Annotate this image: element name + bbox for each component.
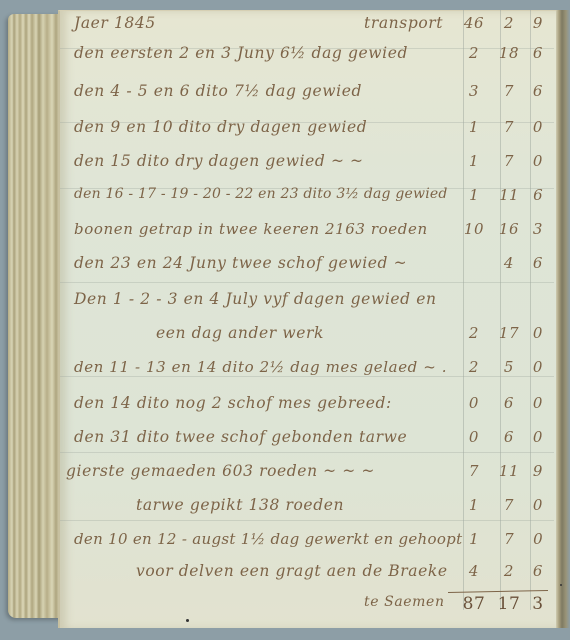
entry-gulden: 2 [456, 324, 492, 342]
entry-penningen: 0 [526, 530, 550, 548]
entry-gulden: 1 [456, 186, 492, 204]
ledger-entry: boonen getrap in twee keeren 2163 roeden… [74, 220, 544, 250]
total-gulden: 87 [456, 594, 492, 614]
ledger-entry: tarwe gepikt 138 roeden 1 7 0 [74, 496, 544, 526]
total-row: te Saemen 87 17 3 [74, 594, 544, 624]
entry-penningen: 0 [526, 428, 550, 446]
entry-description: Den 1 - 2 - 3 en 4 July vyf dagen gewied… [74, 290, 437, 308]
entry-description: den 23 en 24 Juny twee schof gewied ~ [74, 254, 407, 272]
entry-penningen: 0 [526, 394, 550, 412]
entry-gulden: 1 [456, 530, 492, 548]
total-stuivers: 17 [494, 594, 524, 614]
entry-stuivers: 2 [494, 562, 524, 580]
entry-penningen: 3 [526, 220, 550, 238]
entry-penningen: 6 [526, 254, 550, 272]
entry-gulden: 2 [456, 358, 492, 376]
entry-penningen: 6 [526, 186, 550, 204]
entry-stuivers: 7 [494, 118, 524, 136]
total-label: te Saemen [364, 594, 445, 610]
ledger-entry: den 14 dito nog 2 schof mes gebreed: 0 6… [74, 394, 544, 424]
entry-stuivers: 7 [494, 152, 524, 170]
entry-stuivers: 16 [494, 220, 524, 238]
entry-stuivers: 18 [494, 44, 524, 62]
ledger-entry: den 11 - 13 en 14 dito 2½ dag mes gelaed… [74, 358, 544, 388]
entry-gulden: 3 [456, 82, 492, 100]
entry-description: den 31 dito twee schof gebonden tarwe [74, 428, 407, 446]
transport-label: transport [364, 14, 443, 32]
transport-penningen: 9 [526, 14, 550, 32]
entry-description: den 4 - 5 en 6 dito 7½ dag gewied [74, 82, 362, 100]
entry-stuivers: 11 [494, 186, 524, 204]
entry-description: den 14 dito nog 2 schof mes gebreed: [74, 394, 392, 412]
entry-stuivers: 7 [494, 496, 524, 514]
entry-penningen: 0 [526, 324, 550, 342]
heading-row: Jaer 1845 transport 46 2 9 [74, 14, 544, 44]
entry-stuivers: 5 [494, 358, 524, 376]
entry-stuivers: 11 [494, 462, 524, 480]
ledger-entry: voor delven een gragt aen de Braeke 4 2 … [74, 562, 544, 592]
background-bottom [40, 628, 570, 640]
entry-description: den 9 en 10 dito dry dagen gewied [74, 118, 367, 136]
entry-description: den 16 - 17 - 19 - 20 - 22 en 23 dito 3½… [74, 186, 448, 202]
ledger-entry: den 4 - 5 en 6 dito 7½ dag gewied 3 7 6 [74, 82, 544, 112]
entry-gulden: 4 [456, 562, 492, 580]
ink-speck [560, 584, 562, 586]
transport-gulden: 46 [456, 14, 492, 32]
book-spine-edge [556, 10, 570, 628]
entry-stuivers: 6 [494, 394, 524, 412]
ledger-entry: gierste gemaeden 603 roeden ~ ~ ~ 7 11 9 [66, 462, 536, 492]
entry-gulden: 2 [456, 44, 492, 62]
entry-penningen: 6 [526, 562, 550, 580]
entry-stuivers: 6 [494, 428, 524, 446]
entry-penningen: 9 [526, 462, 550, 480]
entry-penningen: 0 [526, 358, 550, 376]
entry-gulden: 0 [456, 394, 492, 412]
ledger-entry: den 10 en 12 - augst 1½ dag gewerkt en g… [74, 530, 544, 560]
entry-gulden: 10 [456, 220, 492, 238]
entry-penningen: 0 [526, 152, 550, 170]
entry-penningen: 6 [526, 44, 550, 62]
entry-gulden: 7 [456, 462, 492, 480]
entry-stuivers: 4 [494, 254, 524, 272]
entry-penningen: 0 [526, 496, 550, 514]
ledger-entry: den 9 en 10 dito dry dagen gewied 1 7 0 [74, 118, 544, 148]
entry-penningen: 0 [526, 118, 550, 136]
entry-stuivers: 17 [494, 324, 524, 342]
ledger-entry: Den 1 - 2 - 3 en 4 July vyf dagen gewied… [74, 290, 544, 320]
total-penningen: 3 [526, 594, 550, 614]
entry-gulden: 1 [456, 496, 492, 514]
entry-description: den eersten 2 en 3 Juny 6½ dag gewied [74, 44, 408, 62]
entry-description: een dag ander werk [156, 324, 324, 342]
entry-description: den 15 dito dry dagen gewied ~ ~ [74, 152, 364, 170]
entry-gulden: 1 [456, 118, 492, 136]
ledger-entry: een dag ander werk 2 17 0 [74, 324, 544, 354]
entry-penningen: 6 [526, 82, 550, 100]
entry-description: boonen getrap in twee keeren 2163 roeden [74, 220, 428, 238]
entry-description: tarwe gepikt 138 roeden [136, 496, 344, 514]
entry-gulden: 0 [456, 428, 492, 446]
year-heading: Jaer 1845 [74, 14, 156, 32]
entry-stuivers: 7 [494, 530, 524, 548]
entry-description: gierste gemaeden 603 roeden ~ ~ ~ [66, 462, 375, 480]
entry-description: voor delven een gragt aen de Braeke [136, 562, 448, 580]
ledger-entry: den 16 - 17 - 19 - 20 - 22 en 23 dito 3½… [74, 186, 544, 216]
entry-stuivers: 7 [494, 82, 524, 100]
ink-speck [186, 619, 189, 622]
entry-gulden: 1 [456, 152, 492, 170]
transport-stuivers: 2 [494, 14, 524, 32]
entry-description: den 10 en 12 - augst 1½ dag gewerkt en g… [74, 530, 462, 548]
ledger-entry: den eersten 2 en 3 Juny 6½ dag gewied 2 … [74, 44, 544, 74]
ledger-entry: den 15 dito dry dagen gewied ~ ~ 1 7 0 [74, 152, 544, 182]
ledger-entry: den 31 dito twee schof gebonden tarwe 0 … [74, 428, 544, 458]
ledger-entry: den 23 en 24 Juny twee schof gewied ~ 4 … [74, 254, 544, 284]
entry-description: den 11 - 13 en 14 dito 2½ dag mes gelaed… [74, 358, 447, 376]
